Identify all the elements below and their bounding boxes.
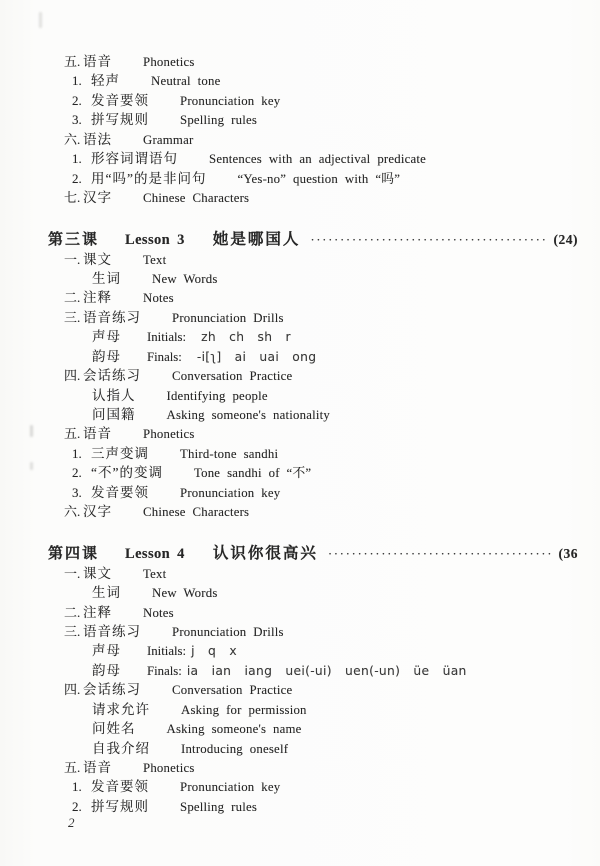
item-number: 2. — [72, 93, 84, 109]
item-label-en: Introducing oneself — [181, 742, 288, 757]
page-number: 2 — [68, 815, 578, 834]
drill-pinyin: -i[ʅ] ai uai ong — [197, 350, 316, 364]
lesson-page-ref: (36 — [559, 546, 579, 562]
toc-item-row: 生词New Words — [48, 267, 578, 286]
item-label-en: Notes — [143, 291, 174, 306]
item-number: 3. — [72, 485, 84, 501]
item-label-en: Grammar — [143, 133, 193, 148]
item-label-en: Pronunciation Drills — [172, 311, 284, 326]
item-number: 2. — [72, 171, 84, 187]
item-label-en: Spelling rules — [180, 800, 257, 815]
item-label-en: Tone sandhi of “不” — [194, 462, 311, 481]
item-label-zh: 语音 — [83, 422, 112, 442]
scanned-toc-page: 五.语音Phonetics1.轻声Neutral tone2.发音要领Pronu… — [0, 0, 600, 866]
item-label-zh: 课文 — [83, 248, 112, 268]
drill-label-zh: 韵母 — [92, 345, 121, 365]
toc-item-row: 2.拼写规则Spelling rules — [48, 795, 578, 814]
toc-item-row: 五.语音Phonetics — [48, 756, 578, 775]
item-label-en: Third-tone sandhi — [180, 447, 278, 462]
item-label-en: Chinese Characters — [143, 191, 249, 206]
drill-label-en: Finals: — [147, 350, 182, 365]
toc-drill-row: 声母Initials:zh ch sh r — [48, 325, 578, 344]
item-number: 七. — [64, 187, 83, 206]
scan-smudge — [30, 425, 33, 437]
toc-item-row: 五.语音Phonetics — [48, 50, 578, 69]
item-label-en: New Words — [152, 586, 218, 601]
toc-item-row: 四.会话练习Conversation Practice — [48, 678, 578, 697]
drill-label-en: Finals: — [147, 664, 182, 679]
item-label-en: “Yes-no” question with “吗” — [237, 168, 400, 187]
toc-item-row: 1.发音要领Pronunciation key — [48, 775, 578, 794]
toc-item-row: 1.形容词谓语句Sentences with an adjectival pre… — [48, 147, 578, 166]
toc-item-row: 七.汉字Chinese Characters — [48, 186, 578, 205]
item-label-en: Asking for permission — [181, 703, 307, 718]
item-label-zh: 发音要领 — [91, 89, 149, 109]
toc-item-row: 2.发音要领Pronunciation key — [48, 89, 578, 108]
toc-item-row: 生词New Words — [48, 581, 578, 600]
toc-drill-row: 韵母Finals:ia ian iang uei(-ui) uen(-un) ü… — [48, 659, 578, 678]
item-number: 1. — [72, 151, 84, 167]
item-number: 3. — [72, 112, 84, 128]
item-label-en: Phonetics — [143, 427, 195, 442]
lesson-number-zh: 第四课 — [48, 542, 99, 563]
item-number: 三. — [64, 307, 83, 326]
toc-drill-row: 声母Initials:j q x — [48, 639, 578, 658]
item-label-zh: 认指人 — [92, 384, 136, 404]
item-label-zh: 轻声 — [91, 69, 120, 89]
item-label-en: Identifying people — [167, 389, 268, 404]
item-label-zh: 请求允许 — [92, 698, 150, 718]
item-label-en: Pronunciation key — [180, 486, 280, 501]
leader-dots: ········································… — [310, 232, 547, 248]
item-label-zh: 语音练习 — [83, 306, 141, 326]
item-label-zh: 发音要领 — [91, 481, 149, 501]
toc-item-row: 二.注释Notes — [48, 601, 578, 620]
drill-pinyin: ia ian iang uei(-ui) uen(-un) üe üan — [187, 664, 467, 678]
item-label-en: Asking someone's nationality — [167, 408, 330, 423]
drill-pinyin: j q x — [191, 644, 237, 658]
item-label-zh: 自我介绍 — [92, 737, 150, 757]
item-label-zh: 问姓名 — [92, 717, 136, 737]
item-number: 二. — [64, 287, 83, 306]
item-label-zh: 形容词谓语句 — [91, 147, 178, 167]
lesson-heading-row: 第三课Lesson 3她是哪国人························… — [48, 227, 578, 248]
toc-item-row: 三.语音练习Pronunciation Drills — [48, 306, 578, 325]
toc-item-row: 三.语音练习Pronunciation Drills — [48, 620, 578, 639]
item-label-zh: 语音练习 — [83, 620, 141, 640]
item-label-zh: 拼写规则 — [91, 795, 149, 815]
item-label-zh: 课文 — [83, 562, 112, 582]
item-number: 五. — [64, 757, 83, 776]
drill-pinyin: zh ch sh r — [201, 330, 291, 344]
item-label-zh: 用“吗”的是非问句 — [91, 167, 206, 187]
item-label-zh: 汉字 — [83, 186, 112, 206]
item-label-en: Spelling rules — [180, 113, 257, 128]
toc-item-row: 一.课文Text — [48, 248, 578, 267]
toc-item-row: 3.拼写规则Spelling rules — [48, 108, 578, 127]
toc-item-row: 问姓名Asking someone's name — [48, 717, 578, 736]
toc-item-row: 六.语法Grammar — [48, 128, 578, 147]
item-label-zh: 发音要领 — [91, 775, 149, 795]
toc-content: 五.语音Phonetics1.轻声Neutral tone2.发音要领Pronu… — [48, 50, 578, 834]
toc-item-row: 五.语音Phonetics — [48, 422, 578, 441]
toc-entries: 五.语音Phonetics1.轻声Neutral tone2.发音要领Pronu… — [48, 50, 578, 814]
item-label-zh: 生词 — [92, 267, 121, 287]
item-number: 二. — [64, 602, 83, 621]
item-label-en: Chinese Characters — [143, 505, 249, 520]
item-label-en: Notes — [143, 606, 174, 621]
toc-item-row: 1.三声变调Third-tone sandhi — [48, 442, 578, 461]
item-number: 五. — [64, 423, 83, 442]
item-number: 一. — [64, 563, 83, 582]
item-label-zh: 语音 — [83, 50, 112, 70]
lesson-title: 认识你很高兴 — [213, 541, 318, 563]
item-label-zh: “不”的变调 — [91, 461, 163, 481]
item-label-zh: 拼写规则 — [91, 108, 149, 128]
scan-smudge — [39, 12, 42, 28]
item-label-en: Text — [143, 253, 166, 268]
toc-item-row: 自我介绍Introducing oneself — [48, 737, 578, 756]
item-label-en: Conversation Practice — [172, 683, 292, 698]
item-number: 1. — [72, 73, 84, 89]
item-label-zh: 会话练习 — [83, 678, 141, 698]
item-number: 四. — [64, 679, 83, 698]
item-number: 三. — [64, 621, 83, 640]
item-label-zh: 生词 — [92, 581, 121, 601]
lesson-page-ref: (24) — [554, 232, 579, 248]
toc-item-row: 3.发音要领Pronunciation key — [48, 481, 578, 500]
toc-item-row: 二.注释Notes — [48, 286, 578, 305]
item-number: 四. — [64, 365, 83, 384]
toc-drill-row: 韵母Finals:-i[ʅ] ai uai ong — [48, 345, 578, 364]
drill-label-zh: 韵母 — [92, 659, 121, 679]
item-label-en: Pronunciation Drills — [172, 625, 284, 640]
item-label-en: New Words — [152, 272, 218, 287]
item-label-en: Pronunciation key — [180, 780, 280, 795]
item-label-zh: 会话练习 — [83, 364, 141, 384]
item-number: 1. — [72, 446, 84, 462]
item-number: 2. — [72, 465, 84, 481]
lesson-number-en: Lesson 4 — [125, 546, 185, 563]
item-label-zh: 三声变调 — [91, 442, 149, 462]
item-label-en: Asking someone's name — [167, 722, 302, 737]
toc-item-row: 2.“不”的变调Tone sandhi of “不” — [48, 461, 578, 480]
toc-item-row: 1.轻声Neutral tone — [48, 69, 578, 88]
item-number: 六. — [64, 129, 83, 148]
item-label-en: Phonetics — [143, 761, 195, 776]
drill-label-zh: 声母 — [92, 325, 121, 345]
lesson-number-en: Lesson 3 — [125, 232, 185, 249]
item-label-en: Pronunciation key — [180, 94, 280, 109]
drill-label-zh: 声母 — [92, 639, 121, 659]
item-label-zh: 问国籍 — [92, 403, 136, 423]
item-number: 1. — [72, 779, 84, 795]
item-label-en: Neutral tone — [151, 74, 221, 89]
item-label-zh: 注释 — [83, 286, 112, 306]
drill-label-en: Initials: — [147, 330, 186, 345]
toc-item-row: 请求允许Asking for permission — [48, 698, 578, 717]
item-number: 2. — [72, 799, 84, 815]
toc-item-row: 2.用“吗”的是非问句“Yes-no” question with “吗” — [48, 167, 578, 186]
toc-item-row: 认指人Identifying people — [48, 384, 578, 403]
toc-item-row: 一.课文Text — [48, 562, 578, 581]
toc-item-row: 问国籍Asking someone's nationality — [48, 403, 578, 422]
item-label-en: Phonetics — [143, 55, 195, 70]
item-number: 六. — [64, 501, 83, 520]
item-label-en: Conversation Practice — [172, 369, 292, 384]
leader-dots: ········································… — [328, 546, 553, 562]
lesson-heading-row: 第四课Lesson 4认识你很高兴·······················… — [48, 541, 578, 562]
toc-item-row: 六.汉字Chinese Characters — [48, 500, 578, 519]
toc-item-row: 四.会话练习Conversation Practice — [48, 364, 578, 383]
lesson-title: 她是哪国人 — [213, 227, 301, 249]
item-number: 一. — [64, 249, 83, 268]
item-label-zh: 注释 — [83, 601, 112, 621]
scan-smudge — [30, 462, 33, 470]
item-label-zh: 语法 — [83, 128, 112, 148]
item-label-en: Sentences with an adjectival predicate — [209, 152, 426, 167]
item-label-zh: 语音 — [83, 756, 112, 776]
item-label-zh: 汉字 — [83, 500, 112, 520]
item-label-en: Text — [143, 567, 166, 582]
drill-label-en: Initials: — [147, 644, 186, 659]
lesson-number-zh: 第三课 — [48, 228, 99, 249]
item-number: 五. — [64, 51, 83, 70]
